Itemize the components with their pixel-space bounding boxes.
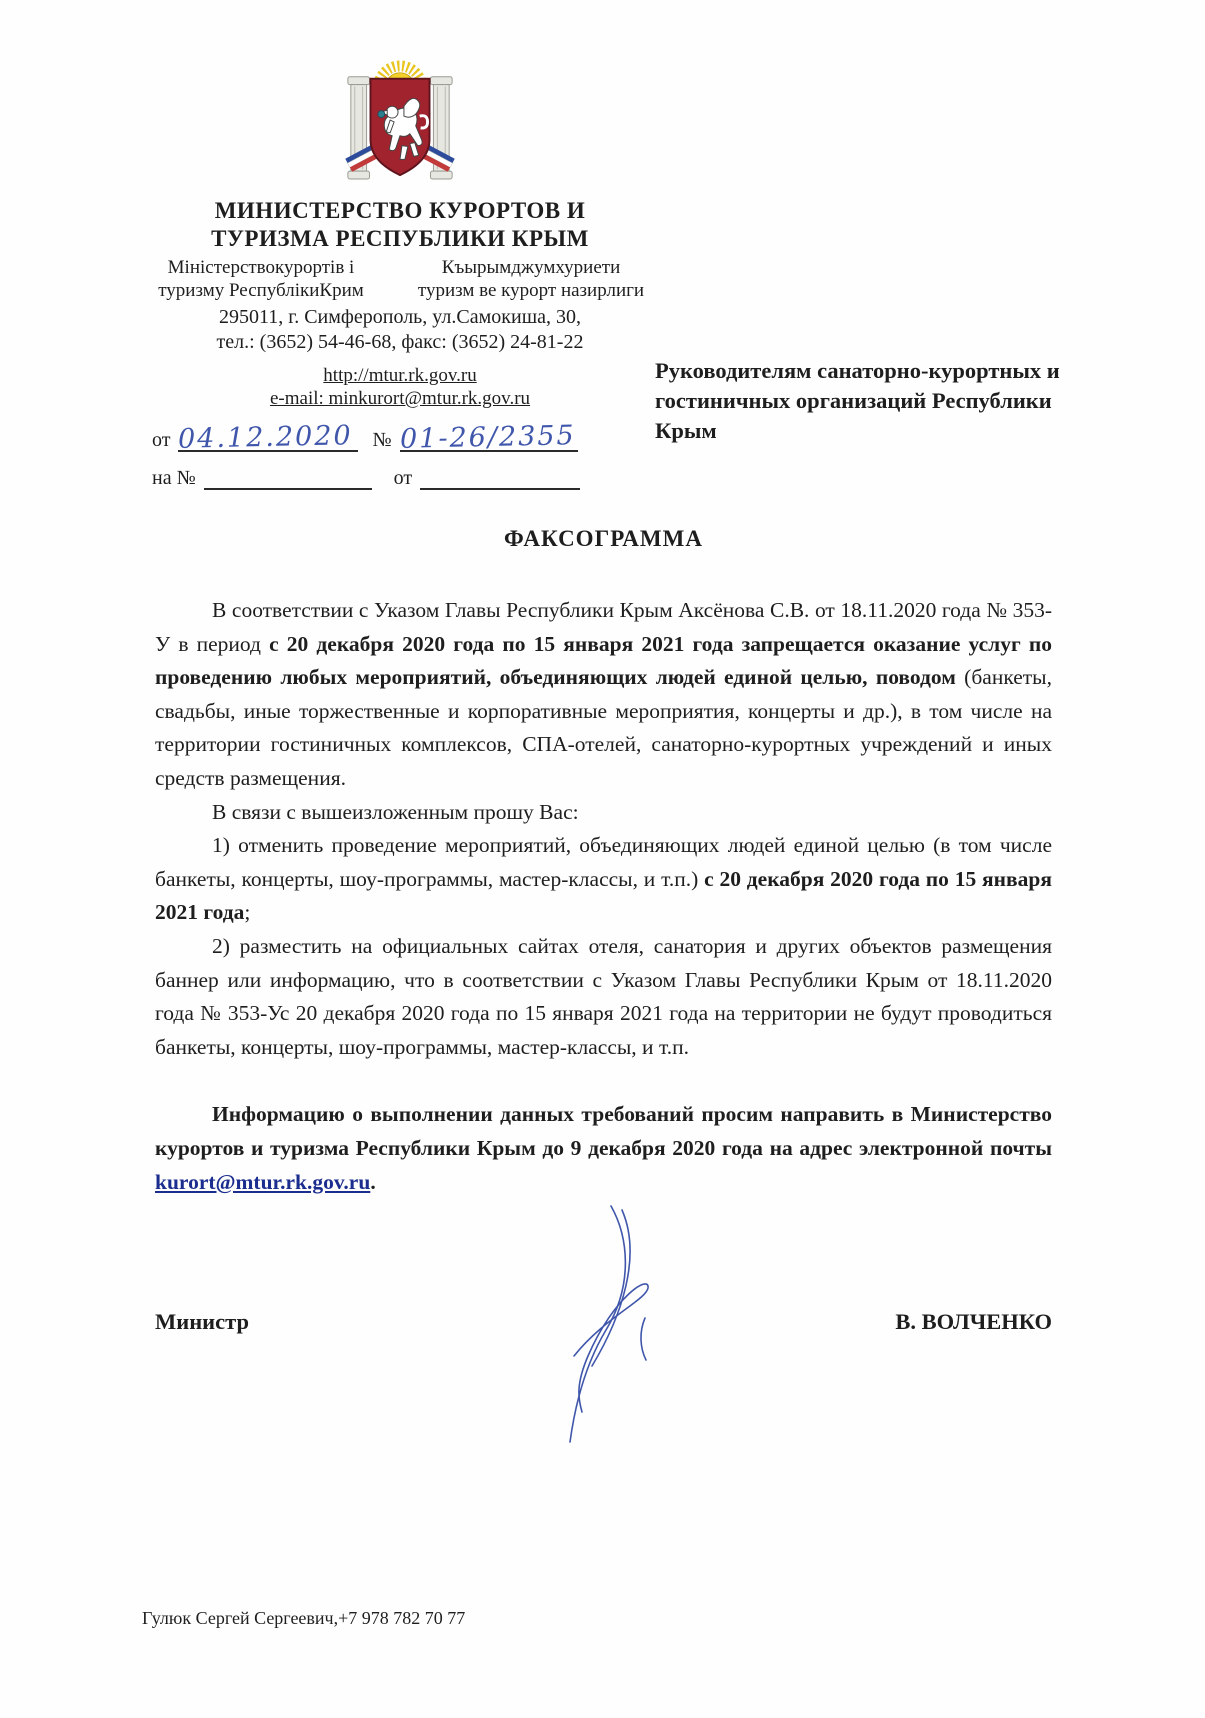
body-paragraph: Информацию о выполнении данных требовани… <box>155 1098 1052 1199</box>
document-page: МИНИСТЕРСТВО КУРОРТОВ И ТУРИЗМА РЕСПУБЛИ… <box>0 0 1205 1718</box>
reference-block: от 04.12.2020 № 01-26/2355 на № от <box>152 420 662 496</box>
crimea-coat-of-arms-icon <box>341 55 459 187</box>
name-ukrainian: Міністерствокурортів і туризму Республік… <box>143 256 379 302</box>
postal-address: 295011, г. Симферополь, ул.Самокиша, 30, <box>140 305 660 330</box>
handwritten-signature <box>548 1198 678 1448</box>
name-crimean-tatar: Къырымджумхуриети туризм ве курорт назир… <box>405 256 657 302</box>
executor-contact: Гулюк Сергей Сергеевич,+7 978 782 70 77 <box>142 1608 465 1629</box>
addressee: Руководителям санаторно-курортных и гост… <box>655 356 1067 446</box>
body-paragraph: 2) разместить на официальных сайтах отел… <box>155 930 1052 1064</box>
signer-position: Министр <box>155 1309 249 1335</box>
email-line[interactable]: e-mail: minkurort@mtur.rk.gov.ru <box>140 387 660 410</box>
from-label: от <box>152 429 178 452</box>
handwritten-date: 04.12.2020 <box>178 420 353 455</box>
date-field: 04.12.2020 <box>178 420 358 452</box>
reply-number-field <box>204 458 372 490</box>
phone-fax-line: тел.: (3652) 54-46-68, факс: (3652) 24-8… <box>140 330 660 355</box>
bilingual-names: Міністерствокурортів і туризму Республік… <box>140 256 660 302</box>
number-label: № <box>358 429 399 452</box>
ministry-title-line2: ТУРИЗМА РЕСПУБЛИКИ КРЫМ <box>140 225 660 253</box>
reply-email-link[interactable]: kurort@mtur.rk.gov.ru <box>155 1170 370 1194</box>
ref-row-outgoing: от 04.12.2020 № 01-26/2355 <box>152 420 662 452</box>
ministry-title-line1: МИНИСТЕРСТВО КУРОРТОВ И <box>140 197 660 225</box>
reply-number-label: на № <box>152 467 204 490</box>
body-paragraph: 1) отменить проведение мероприятий, объе… <box>155 829 1052 930</box>
reply-from-label: от <box>372 467 420 490</box>
ministry-title: МИНИСТЕРСТВО КУРОРТОВ И ТУРИЗМА РЕСПУБЛИ… <box>140 197 660 253</box>
body-paragraph: В соответствии с Указом Главы Республики… <box>155 594 1052 796</box>
body-paragraphs: В соответствии с Указом Главы Республики… <box>155 594 1052 1199</box>
number-field: 01-26/2355 <box>400 420 578 452</box>
document-title: ФАКСОГРАММА <box>155 526 1052 552</box>
body-paragraph: В связи с вышеизложенным прошу Вас: <box>155 796 1052 830</box>
letterhead: МИНИСТЕРСТВО КУРОРТОВ И ТУРИЗМА РЕСПУБЛИ… <box>140 55 660 410</box>
signer-name: В. ВОЛЧЕНКО <box>895 1309 1052 1335</box>
ref-row-reply: на № от <box>152 458 662 490</box>
handwritten-number: 01-26/2355 <box>399 420 575 455</box>
reply-date-field <box>420 458 580 490</box>
website-link[interactable]: http://mtur.rk.gov.ru <box>140 364 660 387</box>
